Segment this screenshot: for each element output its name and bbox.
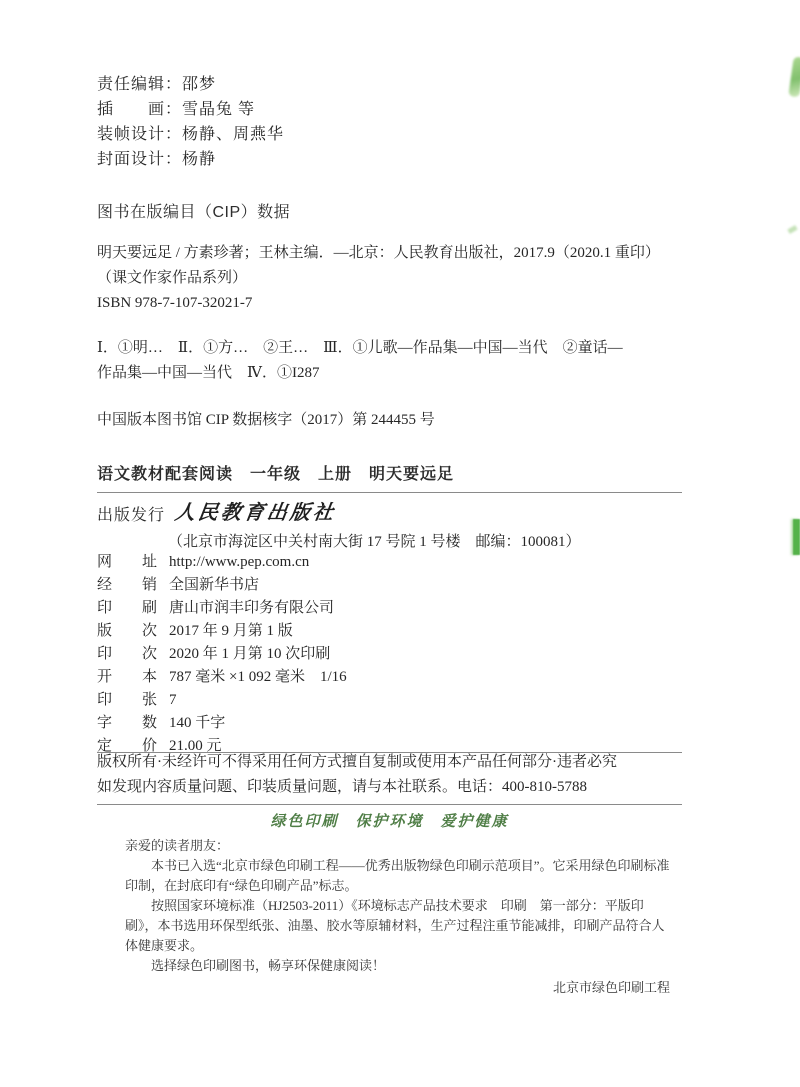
row-value: 全国新华书店 [169, 577, 259, 593]
credit-value: 雪晶兔 等 [182, 101, 255, 118]
colophon-row-impression: 印 次2020 年 1 月第 10 次印刷 [97, 643, 347, 666]
notice-signature: 北京市绿色印刷工程 [125, 978, 670, 998]
colophon-row-wordcount: 字 数140 千字 [97, 712, 347, 735]
cip-series-note: （课文作家作品系列） [97, 266, 660, 291]
colophon-row-sheets: 印 张7 [97, 689, 347, 712]
colophon-row-format: 开 本787 毫米 ×1 092 毫米 1/16 [97, 666, 347, 689]
row-value: 7 [169, 692, 177, 708]
cip-registry-line: 中国版本图书馆 CIP 数据核字（2017）第 244455 号 [97, 412, 435, 428]
credit-line-cover-design: 封面设计：杨静 [97, 147, 284, 172]
cip-classification-block: Ⅰ．①明… Ⅱ．①方… ②王… Ⅲ．①儿歌—作品集—中国—当代 ②童话— 作品集… [97, 336, 623, 386]
divider-rule-top [97, 492, 682, 493]
divider-rule-bottom [97, 804, 682, 805]
cip-isbn: ISBN 978-7-107-32021-7 [97, 291, 660, 316]
notice-paragraph-2: 按照国家环境标准（HJ2503-2011）《环境标志产品技术要求 印刷 第一部分… [125, 896, 670, 956]
copyright-line1: 版权所有·未经许可不得采用任何方式擅自复制或使用本产品任何部分·违者必究 [97, 750, 617, 775]
credit-line-binding-design: 装帧设计：杨静、周燕华 [97, 122, 284, 147]
row-value: http://www.pep.com.cn [169, 554, 309, 570]
row-label: 网 址 [97, 551, 167, 574]
cip-record-line: 明天要远足 / 方素珍著；王林主编．—北京：人民教育出版社，2017.9（202… [97, 241, 660, 266]
colophon-rows: 网 址http://www.pep.com.cn 经 销全国新华书店 印 刷唐山… [97, 551, 347, 758]
publisher-script-logo: 人民教育出版社 [173, 502, 337, 524]
row-value: 787 毫米 ×1 092 毫米 1/16 [169, 669, 347, 685]
notice-paragraph-3: 选择绿色印刷图书，畅享环保健康阅读！ [125, 956, 670, 976]
copyright-line2: 如发现内容质量问题、印装质量问题，请与本社联系。电话：400-810-5788 [97, 775, 617, 800]
credit-label: 装帧设计： [97, 126, 182, 143]
row-value: 2017 年 9 月第 1 版 [169, 623, 293, 639]
reader-notice-block: 亲爱的读者朋友： 本书已入选“北京市绿色印刷工程——优秀出版物绿色印刷示范项目”… [125, 836, 670, 998]
credits-block: 责任编辑：邵梦 插 画：雪晶兔 等 装帧设计：杨静、周燕华 封面设计：杨静 [97, 72, 284, 172]
row-label: 开 本 [97, 666, 167, 689]
colophon-row-printer: 印 刷唐山市润丰印务有限公司 [97, 597, 347, 620]
row-value: 唐山市润丰印务有限公司 [169, 600, 334, 616]
green-ink-tick [787, 225, 797, 234]
row-label: 版 次 [97, 620, 167, 643]
credit-line-illustrator: 插 画：雪晶兔 等 [97, 97, 284, 122]
publisher-label: 出版发行 [97, 502, 167, 525]
cip-record-block: 明天要远足 / 方素珍著；王林主编．—北京：人民教育出版社，2017.9（202… [97, 241, 660, 316]
row-value: 140 千字 [169, 715, 225, 731]
copyright-block: 版权所有·未经许可不得采用任何方式擅自复制或使用本产品任何部分·违者必究 如发现… [97, 750, 617, 800]
row-value: 2020 年 1 月第 10 次印刷 [169, 646, 330, 662]
row-label: 印 刷 [97, 597, 167, 620]
cip-class-line2: 作品集—中国—当代 Ⅳ．①I287 [97, 361, 623, 386]
series-header: 语文教材配套阅读 一年级 上册 明天要远足 [97, 461, 454, 484]
colophon-row-edition: 版 次2017 年 9 月第 1 版 [97, 620, 347, 643]
credit-label: 插 画： [97, 101, 182, 118]
credit-value: 杨静 [182, 151, 216, 168]
green-ink-smudge-top [788, 56, 800, 97]
notice-paragraph-1: 本书已入选“北京市绿色印刷工程——优秀出版物绿色印刷示范项目”。它采用绿色印刷标… [125, 856, 670, 896]
row-label: 经 销 [97, 574, 167, 597]
notice-salutation: 亲爱的读者朋友： [125, 836, 670, 856]
row-label: 印 次 [97, 643, 167, 666]
colophon-row-website: 网 址http://www.pep.com.cn [97, 551, 347, 574]
credit-value: 邵梦 [182, 76, 216, 93]
green-ink-bar [793, 519, 800, 555]
colophon-row-distribution: 经 销全国新华书店 [97, 574, 347, 597]
row-label: 印 张 [97, 689, 167, 712]
cip-class-line1: Ⅰ．①明… Ⅱ．①方… ②王… Ⅲ．①儿歌—作品集—中国—当代 ②童话— [97, 336, 623, 361]
cip-heading: 图书在版编目（CIP）数据 [97, 199, 290, 222]
credit-value: 杨静、周燕华 [182, 126, 284, 143]
row-label: 字 数 [97, 712, 167, 735]
credit-label: 责任编辑： [97, 76, 182, 93]
publisher-address: （北京市海淀区中关村南大街 17 号院 1 号楼 邮编：100081） [168, 530, 581, 551]
publisher-line: 出版发行 人民教育出版社 [97, 502, 336, 525]
credit-line-editor: 责任编辑：邵梦 [97, 72, 284, 97]
green-printing-slogan: 绿色印刷 保护环境 爱护健康 [97, 810, 682, 831]
credit-label: 封面设计： [97, 151, 182, 168]
